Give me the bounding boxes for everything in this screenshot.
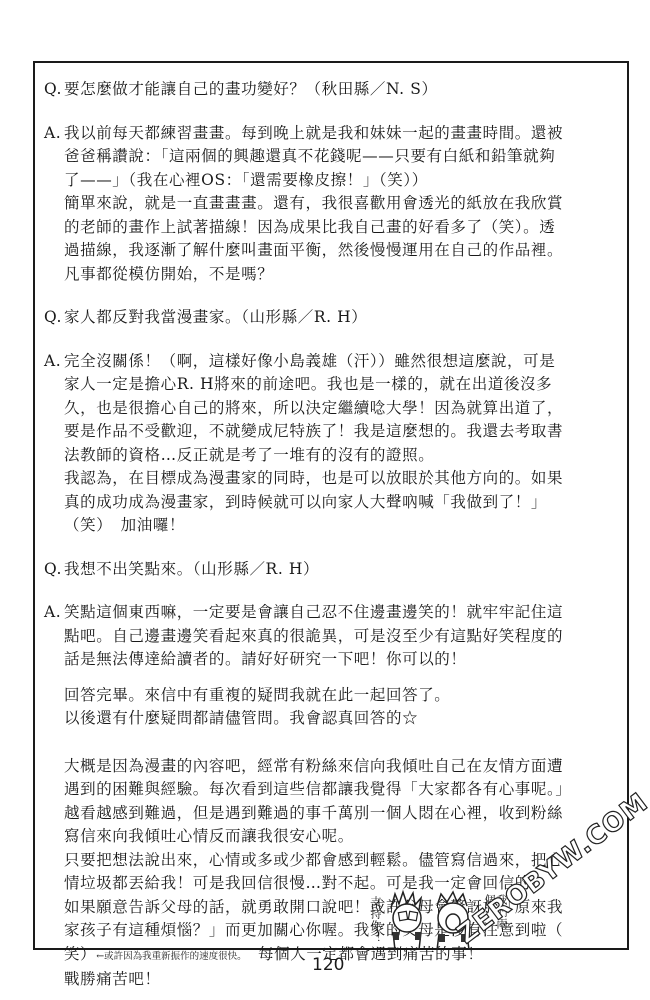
question: Q. 我想不出笑點來。（山形縣／R. H）: [44, 558, 614, 582]
answer-line: 過描線，我逐漸了解什麼叫畫面平衡，然後慢慢運用在自己的作品裡。: [64, 239, 614, 263]
answer-line: 的老師的畫作上試著描線！因為成果比我自己畫的好看多了（笑）。透: [64, 216, 614, 240]
message-line: 越看越感到難過，但是遇到難過的事千萬別一個人悶在心裡，收到粉絲: [64, 802, 614, 826]
answer-line: 點吧。自己邊畫邊笑看起來真的很詭異，可是沒至少有這點好笑程度的: [64, 625, 614, 649]
answer-line: 了——」（我在心裡OS：「還需要橡皮擦！」（笑））: [64, 169, 614, 193]
answer-line: 我認為，在目標成為漫畫家的同時，也是可以放眼於其他方向的。如果: [64, 467, 614, 491]
answer-line: 話是無法傳達給讀者的。請好好研究一下吧！你可以的！: [64, 648, 614, 672]
question-text: 要怎麼做才能讓自己的畫功變好？（秋田縣／N. S）: [64, 78, 438, 102]
message-line: 寫信來向我傾吐心情反而讓我很安心呢。: [64, 825, 614, 849]
answer-line: （笑） 加油囉！: [64, 514, 614, 538]
closing-remarks: 回答完畢。來信中有重複的疑問我就在此一起回答了。 以後還有什麼疑問都請儘管問。我…: [64, 684, 614, 731]
question-text: 家人都反對我當漫畫家。（山形縣／R. H）: [64, 306, 367, 330]
answer-line: 真的成功成為漫畫家，到時候就可以向家人大聲吶喊「我做到了！」: [64, 491, 614, 515]
answer-text: 我以前每天都練習畫畫。每到晚上就是我和妹妹一起的畫畫時間。還被 爸爸稱讚說：「這…: [64, 122, 614, 287]
answer-line: 笑點這個東西嘛，一定要是會讓自己忍不住邊畫邊笑的！就牢牢記住這: [64, 601, 614, 625]
message-line: 大概是因為漫畫的內容吧，經常有粉絲來信向我傾吐自己在友情方面遭: [64, 755, 614, 779]
answer-line: 法教師的資格…反正就是考了一堆有的沒有的證照。: [64, 444, 614, 468]
side-note: ←或許因為我重新振作的速度很快。: [96, 951, 242, 962]
answer-prefix: A.: [44, 122, 64, 287]
answer: A. 笑點這個東西嘛，一定要是會讓自己忍不住邊畫邊笑的！就牢牢記住這 點吧。自己…: [44, 601, 614, 672]
qa-item-2: Q. 家人都反對我當漫畫家。（山形縣／R. H） A. 完全沒關係！（啊，這樣好…: [44, 306, 614, 538]
left-speech-caption: 支持你！: [369, 896, 381, 944]
question-text: 我想不出笑點來。（山形縣／R. H）: [64, 558, 319, 582]
answer: A. 我以前每天都練習畫畫。每到晚上就是我和妹妹一起的畫畫時間。還被 爸爸稱讚說…: [44, 122, 614, 287]
answer-line: 簡單來說，就是一直畫畫畫。還有，我很喜歡用會透光的紙放在我欣賞: [64, 192, 614, 216]
question: Q. 要怎麼做才能讓自己的畫功變好？（秋田縣／N. S）: [44, 78, 614, 102]
question: Q. 家人都反對我當漫畫家。（山形縣／R. H）: [44, 306, 614, 330]
page-content: Q. 要怎麼做才能讓自己的畫功變好？（秋田縣／N. S） A. 我以前每天都練習…: [44, 78, 614, 992]
answer-line: 我以前每天都練習畫畫。每到晚上就是我和妹妹一起的畫畫時間。還被: [64, 122, 614, 146]
qa-item-3: Q. 我想不出笑點來。（山形縣／R. H） A. 笑點這個東西嘛，一定要是會讓自…: [44, 558, 614, 672]
answer-text: 完全沒關係！（啊，這樣好像小島義雄（汗））雖然很想這麼說，可是 家人一定是擔心R…: [64, 350, 614, 538]
answer: A. 完全沒關係！（啊，這樣好像小島義雄（汗））雖然很想這麼說，可是 家人一定是…: [44, 350, 614, 538]
answer-line: 爸爸稱讚說：「這兩個的興趣還真不花錢呢——只要有白紙和鉛筆就夠: [64, 145, 614, 169]
qa-item-1: Q. 要怎麼做才能讓自己的畫功變好？（秋田縣／N. S） A. 我以前每天都練習…: [44, 78, 614, 286]
message-line: 遇到的困難與經驗。每次看到這些信都讓我覺得「大家都各有心事呢。」: [64, 778, 614, 802]
answer-line: 要是作品不受歡迎，不就變成尼特族了！我是這麼想的。我還去考取書: [64, 420, 614, 444]
answer-prefix: A.: [44, 601, 64, 672]
answer-line: 凡事都從模仿開始，不是嗎？: [64, 263, 614, 287]
answer-line: 完全沒關係！（啊，這樣好像小島義雄（汗））雖然很想這麼說，可是: [64, 350, 614, 374]
answer-line: 家人一定是擔心R. H將來的前途吧。我也是一樣的，就在出道後沒多: [64, 373, 614, 397]
closing-line: 以後還有什麼疑問都請儘管問。我會認真回答的☆: [64, 707, 614, 731]
message-line: 家孩子有這種煩惱？」而更加關心你喔。我家的父母是沒有注意到啦（: [64, 919, 614, 943]
question-prefix: Q.: [44, 306, 64, 330]
page-number: 120: [312, 955, 344, 975]
question-prefix: Q.: [44, 558, 64, 582]
closing-line: 回答完畢。來信中有重複的疑問我就在此一起回答了。: [64, 684, 614, 708]
answer-line: 久，也是很擔心自己的將來，所以決定繼續唸大學！因為就算出道了，: [64, 397, 614, 421]
answer-text: 笑點這個東西嘛，一定要是會讓自己忍不住邊畫邊笑的！就牢牢記住這 點吧。自己邊畫邊…: [64, 601, 614, 672]
answer-prefix: A.: [44, 350, 64, 538]
question-prefix: Q.: [44, 78, 64, 102]
